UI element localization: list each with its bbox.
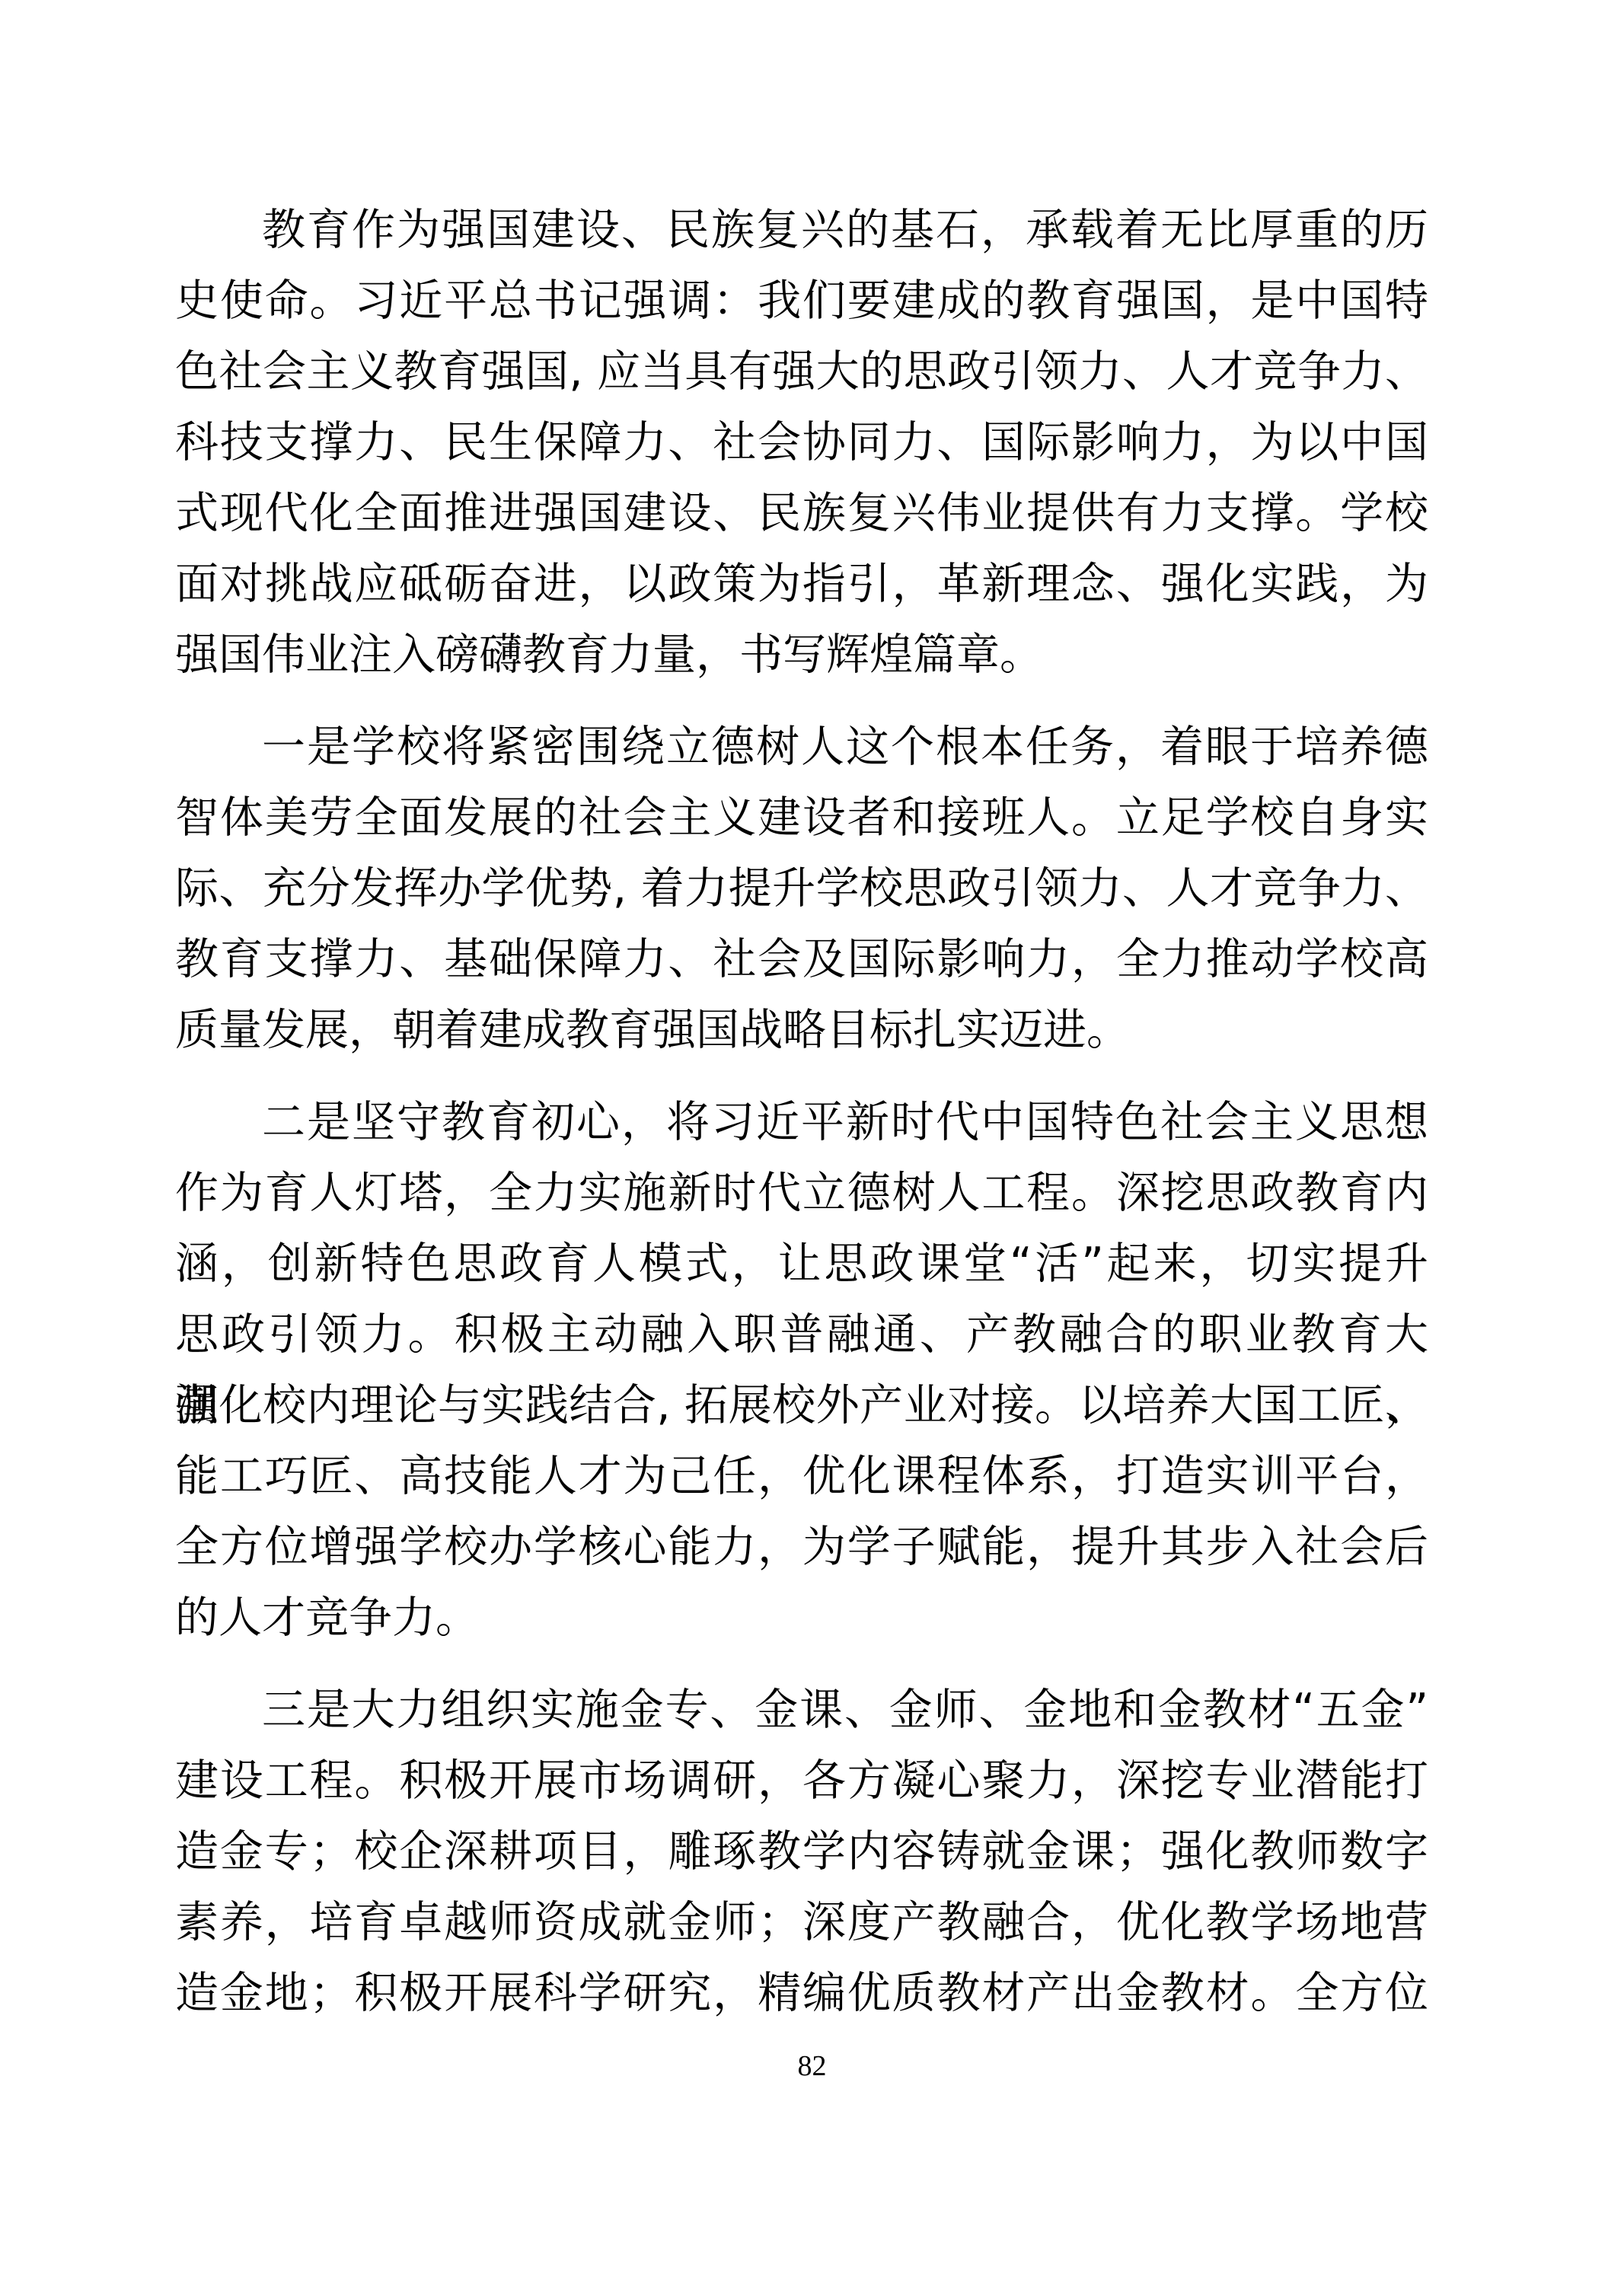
text-line: 色社会主义教育强国, 应当具有强大的思政引领力、人才竞争力、: [175, 336, 1428, 407]
text-line: 史使命。习近平总书记强调：我们要建成的教育强国，是中国特: [175, 266, 1428, 336]
document-body: 教育作为强国建设、民族复兴的基石，承载着无比厚重的历史使命。习近平总书记强调：我…: [175, 195, 1428, 2029]
text-line: 造金地；积极开展科学研究，精编优质教材产出金教材。全方位: [175, 1958, 1428, 2029]
text-line: 强国伟业注入磅礴教育力量，书写辉煌篇章。: [175, 620, 1428, 690]
paragraph: 三是大力组织实施金专、金课、金师、金地和金教材“五金”建设工程。积极开展市场调研…: [175, 1675, 1428, 2029]
text-line: 能工巧匠、高技能人才为己任，优化课程体系，打造实训平台，: [175, 1441, 1428, 1512]
text-line: 教育作为强国建设、民族复兴的基石，承载着无比厚重的历: [175, 195, 1428, 266]
text-line: 智体美劳全面发展的社会主义建设者和接班人。立足学校自身实: [175, 783, 1428, 853]
text-line: 建设工程。积极开展市场调研，各方凝心聚力，深挖专业潜能打: [175, 1746, 1428, 1816]
document-page: 教育作为强国建设、民族复兴的基石，承载着无比厚重的历史使命。习近平总书记强调：我…: [0, 0, 1624, 2296]
paragraph: 二是坚守教育初心，将习近平新时代中国特色社会主义思想作为育人灯塔，全力实施新时代…: [175, 1087, 1428, 1653]
text-line: 素养，培育卓越师资成就金师；深度产教融合，优化教学场地营: [175, 1887, 1428, 1958]
text-line: 科技支撑力、民生保障力、社会协同力、国际影响力，为以中国: [175, 407, 1428, 478]
text-line: 三是大力组织实施金专、金课、金师、金地和金教材“五金”: [175, 1675, 1428, 1746]
text-line: 全方位增强学校办学核心能力，为学子赋能，提升其步入社会后: [175, 1512, 1428, 1583]
text-line: 涵，创新特色思政育人模式，让思政课堂“活”起来，切实提升: [175, 1229, 1428, 1299]
text-line: 造金专；校企深耕项目，雕琢教学内容铸就金课；强化教师数字: [175, 1816, 1428, 1887]
text-line: 教育支撑力、基础保障力、社会及国际影响力，全力推动学校高: [175, 924, 1428, 995]
paragraph: 一是学校将紧密围绕立德树人这个根本任务，着眼于培养德智体美劳全面发展的社会主义建…: [175, 712, 1428, 1066]
text-line: 质量发展，朝着建成教育强国战略目标扎实迈进。: [175, 995, 1428, 1066]
text-line: 式现代化全面推进强国建设、民族复兴伟业提供有力支撑。学校: [175, 478, 1428, 549]
text-line: 面对挑战应砥砺奋进，以政策为指引，革新理念、强化实践，为: [175, 549, 1428, 620]
text-line: 二是坚守教育初心，将习近平新时代中国特色社会主义思想: [175, 1087, 1428, 1158]
paragraph: 教育作为强国建设、民族复兴的基石，承载着无比厚重的历史使命。习近平总书记强调：我…: [175, 195, 1428, 690]
text-line: 作为育人灯塔，全力实施新时代立德树人工程。深挖思政教育内: [175, 1158, 1428, 1229]
text-line: 强化校内理论与实践结合, 拓展校外产业对接。以培养大国工匠、: [175, 1370, 1428, 1441]
text-line: 思政引领力。积极主动融入职普融通、产教融合的职业教育大潮，: [175, 1299, 1428, 1370]
text-line: 际、充分发挥办学优势, 着力提升学校思政引领力、人才竞争力、: [175, 853, 1428, 924]
text-line: 的人才竞争力。: [175, 1583, 1428, 1653]
text-line: 一是学校将紧密围绕立德树人这个根本任务，着眼于培养德: [175, 712, 1428, 783]
page-number: 82: [0, 2051, 1624, 2081]
